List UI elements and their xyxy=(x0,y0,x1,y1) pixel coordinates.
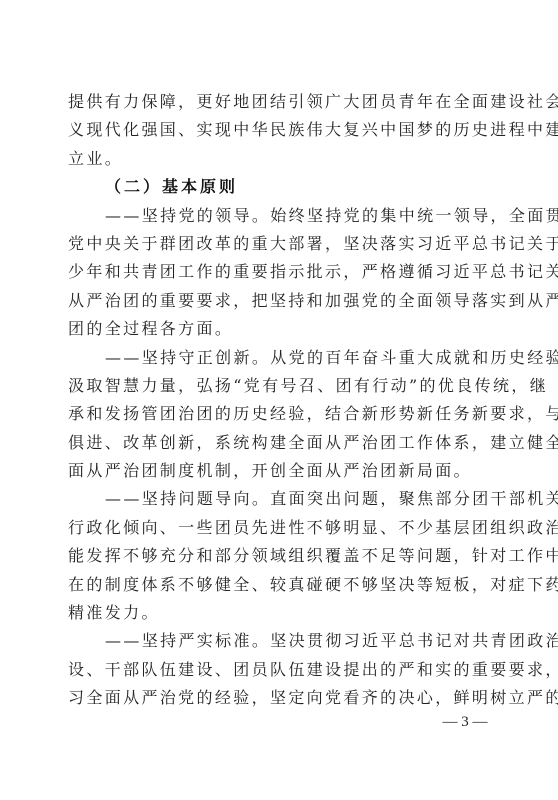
principle-strict-standards: ——坚持严实标准。坚决贯彻习近平总书记对共青团政治建 xyxy=(68,627,492,655)
text-line: 能发挥不够充分和部分领域组织覆盖不足等问题，针对工作中存 xyxy=(68,542,492,570)
text-line: 义现代化强国、实现中华民族伟大复兴中国梦的历史进程中建功 xyxy=(68,116,492,144)
text-line: 从严治团的重要要求，把坚持和加强党的全面领导落实到从严治 xyxy=(68,287,492,315)
section-heading: （二）基本原则 xyxy=(68,173,492,201)
text-line: 少年和共青团工作的重要指示批示，严格遵循习近平总书记关于 xyxy=(68,258,492,286)
text-line: 精准发力。 xyxy=(68,599,492,627)
text-line: 汲取智慧力量，弘扬“党有号召、团有行动”的优良传统，继 xyxy=(68,372,492,400)
text-line: 提供有力保障，更好地团结引领广大团员青年在全面建设社会主 xyxy=(68,88,492,116)
text-line: 习全面从严治党的经验，坚定向党看齐的决心，鲜明树立严的标 xyxy=(68,684,492,712)
document-page: 提供有力保障，更好地团结引领广大团员青年在全面建设社会主 义现代化强国、实现中华… xyxy=(0,0,558,800)
text-line: 在的制度体系不够健全、较真碰硬不够坚决等短板，对症下药、 xyxy=(68,571,492,599)
principle-innovation: ——坚持守正创新。从党的百年奋斗重大成就和历史经验中 xyxy=(68,344,492,372)
text-line: 俱进、改革创新，系统构建全面从严治团工作体系，建立健全全 xyxy=(68,429,492,457)
text-line: 团的全过程各方面。 xyxy=(68,315,492,343)
page-number: — 3 — xyxy=(440,712,490,732)
principle-party-leadership: ——坚持党的领导。始终坚持党的集中统一领导，全面贯彻 xyxy=(68,202,492,230)
text-line: 面从严治团制度机制，开创全面从严治团新局面。 xyxy=(68,457,492,485)
principle-problem-oriented: ——坚持问题导向。直面突出问题，聚焦部分团干部机关化 xyxy=(68,485,492,513)
text-line: 党中央关于群团改革的重大部署，坚决落实习近平总书记关于青 xyxy=(68,230,492,258)
text-line: 设、干部队伍建设、团员队伍建设提出的严和实的重要要求，学 xyxy=(68,656,492,684)
text-line: 行政化倾向、一些团员先进性不够明显、不少基层团组织政治功 xyxy=(68,514,492,542)
text-line: 立业。 xyxy=(68,145,492,173)
document-body: 提供有力保障，更好地团结引领广大团员青年在全面建设社会主 义现代化强国、实现中华… xyxy=(68,88,492,713)
text-line: 承和发扬管团治团的历史经验，结合新形势新任务新要求，与时 xyxy=(68,400,492,428)
